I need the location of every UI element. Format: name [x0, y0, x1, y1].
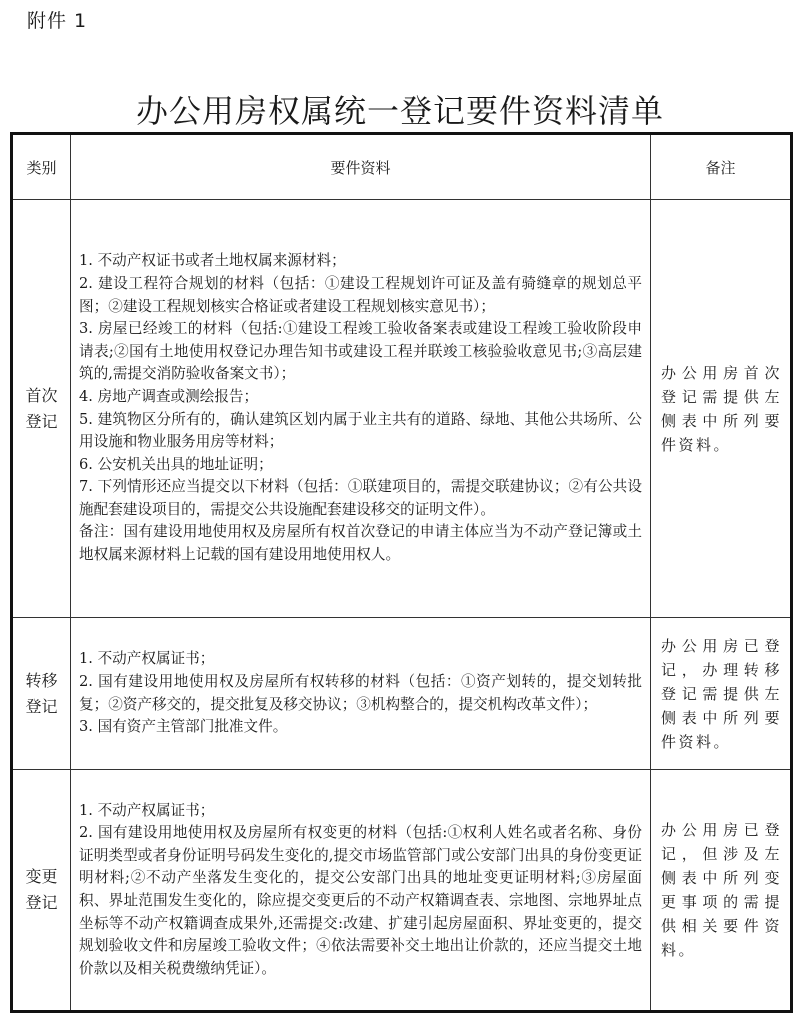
requirements-table: 类别 要件资料 备注 首次登记 1. 不动产权证书或者土地权属来源材料； 2. … — [10, 132, 793, 1013]
table-row-transfer-registration: 转移登记 1. 不动产权属证书； 2. 国有建设用地使用权及房屋所有权转移的材料… — [12, 618, 792, 770]
requirement-item: 2. 国有建设用地使用权及房屋所有权变更的材料（包括:①权利人姓名或者名称、身份… — [79, 822, 642, 980]
requirements-cell: 1. 不动产权属证书； 2. 国有建设用地使用权及房屋所有权变更的材料（包括:①… — [71, 770, 651, 1012]
requirement-note: 备注：国有建设用地使用权及房屋所有权首次登记的申请主体应当为不动产登记簿或土地权… — [79, 521, 642, 566]
category-cell: 变更登记 — [12, 770, 71, 1012]
requirement-item: 4. 房地产调查或测绘报告； — [79, 386, 642, 409]
category-cell: 转移登记 — [12, 618, 71, 770]
requirement-item: 7. 下列情形还应当提交以下材料（包括：①联建项目的，需提交联建协议；②有公共设… — [79, 476, 642, 521]
table-row-first-registration: 首次登记 1. 不动产权证书或者土地权属来源材料； 2. 建设工程符合规划的材料… — [12, 200, 792, 618]
attachment-label: 附件 1 — [27, 6, 87, 33]
remark-cell: 办公用房已登记，办理转移登记需提供左侧表中所列要件资料。 — [651, 618, 792, 770]
requirement-item: 6. 公安机关出具的地址证明； — [79, 454, 642, 477]
requirement-item: 2. 国有建设用地使用权及房屋所有权转移的材料（包括：①资产划转的，提交划转批复… — [79, 671, 642, 716]
header-requirements: 要件资料 — [71, 134, 651, 200]
header-category: 类别 — [12, 134, 71, 200]
remark-cell: 办公用房已登记，但涉及左侧表中所列变更事项的需提供相关要件资料。 — [651, 770, 792, 1012]
requirement-item: 1. 不动产权属证书； — [79, 648, 642, 671]
requirement-item: 3. 国有资产主管部门批准文件。 — [79, 716, 642, 739]
requirements-cell: 1. 不动产权属证书； 2. 国有建设用地使用权及房屋所有权转移的材料（包括：①… — [71, 618, 651, 770]
requirement-item: 1. 不动产权证书或者土地权属来源材料； — [79, 250, 642, 273]
requirement-item: 1. 不动产权属证书； — [79, 800, 642, 823]
requirement-item: 3. 房屋已经竣工的材料（包括:①建设工程竣工验收备案表或建设工程竣工验收阶段申… — [79, 318, 642, 386]
document-title: 办公用房权属统一登记要件资料清单 — [0, 86, 800, 132]
requirements-cell: 1. 不动产权证书或者土地权属来源材料； 2. 建设工程符合规划的材料（包括：①… — [71, 200, 651, 618]
table-row-change-registration: 变更登记 1. 不动产权属证书； 2. 国有建设用地使用权及房屋所有权变更的材料… — [12, 770, 792, 1012]
requirement-item: 2. 建设工程符合规划的材料（包括：①建设工程规划许可证及盖有骑缝章的规划总平图… — [79, 273, 642, 318]
requirement-item: 5. 建筑物区分所有的，确认建筑区划内属于业主共有的道路、绿地、其他公共场所、公… — [79, 409, 642, 454]
table-header-row: 类别 要件资料 备注 — [12, 134, 792, 200]
category-cell: 首次登记 — [12, 200, 71, 618]
header-remark: 备注 — [651, 134, 792, 200]
remark-cell: 办公用房首次登记需提供左侧表中所列要件资料。 — [651, 200, 792, 618]
